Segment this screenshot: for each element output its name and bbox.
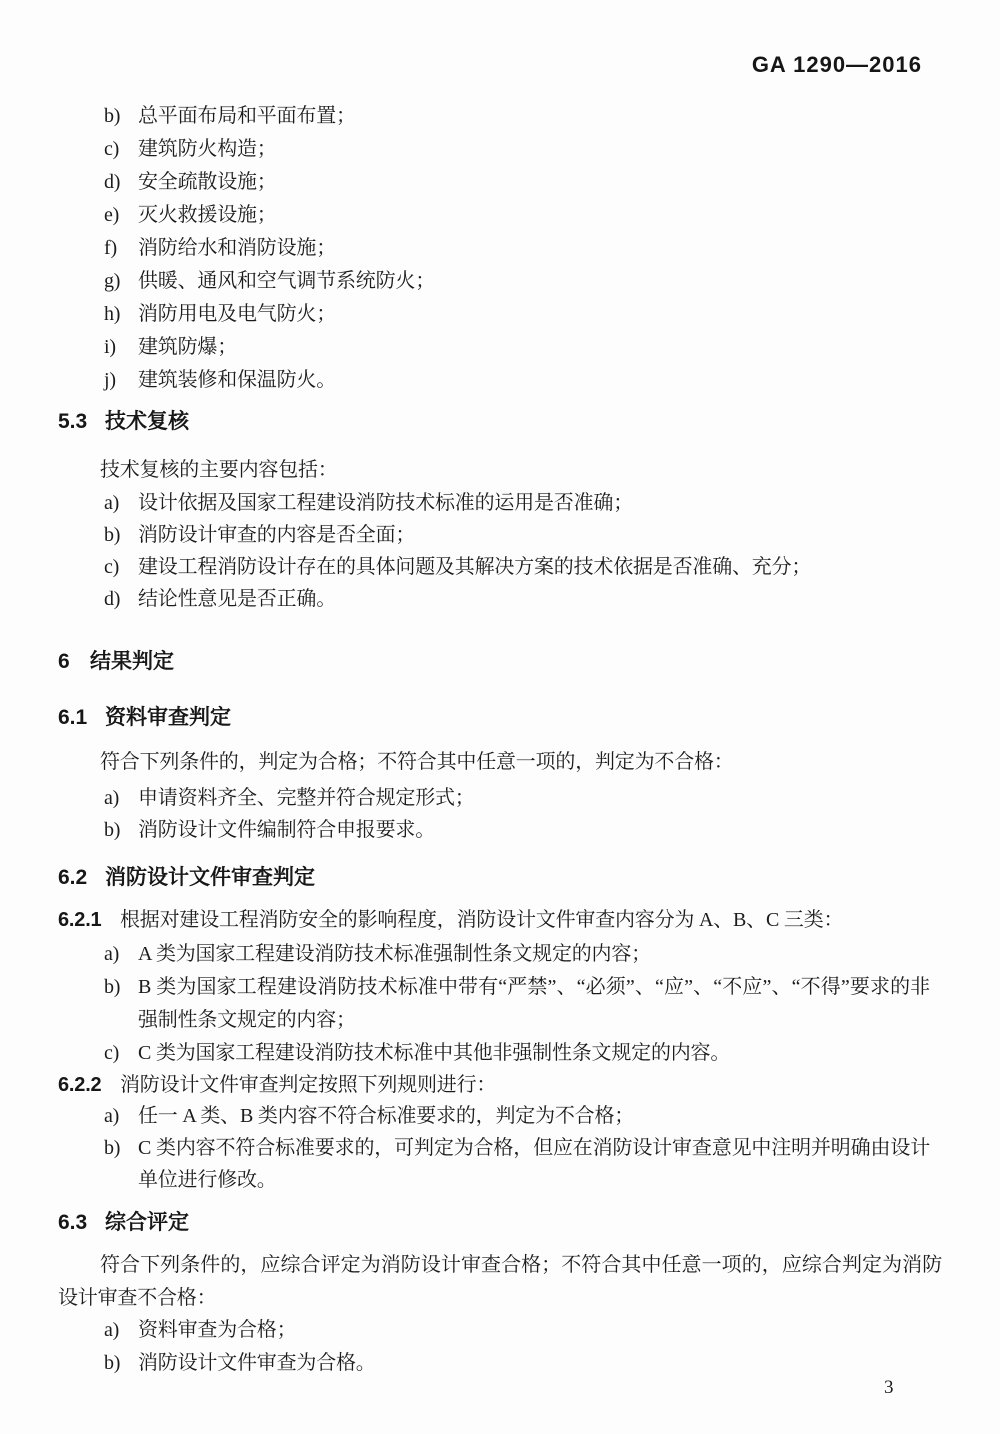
section-heading-6: 6结果判定 bbox=[58, 648, 930, 676]
section-number: 6.3 bbox=[58, 1209, 91, 1237]
list-item-marker: i) bbox=[104, 331, 116, 364]
list-item: i)建筑防爆； bbox=[58, 331, 930, 364]
section-number: 6.2 bbox=[58, 864, 91, 892]
list-item-marker: b) bbox=[104, 100, 120, 133]
list-item-text: A 类为国家工程建设消防技术标准强制性条文规定的内容； bbox=[138, 943, 651, 965]
list-item-marker: a) bbox=[104, 487, 119, 519]
list-item-marker: f) bbox=[104, 232, 117, 265]
list-item: a)A 类为国家工程建设消防技术标准强制性条文规定的内容； bbox=[58, 938, 930, 971]
list-item-text: 资料审查为合格； bbox=[138, 1319, 296, 1341]
list-item-marker: b) bbox=[104, 814, 120, 846]
list-item-text: 建设工程消防设计存在的具体问题及其解决方案的技术依据是否准确、充分； bbox=[138, 556, 811, 578]
list-item-text: B 类为国家工程建设消防技术标准中带有“严禁”、“必须”、“应”、“不应”、“不… bbox=[138, 976, 930, 1031]
list-item-marker: d) bbox=[104, 166, 120, 199]
list-item-marker: e) bbox=[104, 199, 119, 232]
clause-text: 消防设计文件审查判定按照下列规则进行： bbox=[120, 1074, 496, 1096]
clause-6-2-2-rule-list: a)任一 A 类、B 类内容不符合标准要求的，判定为不合格； b)C 类内容不符… bbox=[58, 1100, 930, 1196]
section-title: 技术复核 bbox=[105, 410, 189, 433]
list-item: b)消防设计文件编制符合申报要求。 bbox=[58, 814, 930, 846]
section-title: 综合评定 bbox=[105, 1211, 189, 1234]
list-item: h)消防用电及电气防火； bbox=[58, 298, 930, 331]
list-item: a)任一 A 类、B 类内容不符合标准要求的，判定为不合格； bbox=[58, 1100, 930, 1132]
list-item-text: 建筑防火构造； bbox=[138, 138, 277, 160]
list-item: a)资料审查为合格； bbox=[58, 1314, 930, 1347]
list-item-text: 设计依据及国家工程建设消防技术标准的运用是否准确； bbox=[138, 492, 633, 514]
clause-number: 6.2.1 bbox=[58, 904, 101, 937]
section-number: 6 bbox=[58, 648, 76, 676]
clause-6-3-condition-list: a)资料审查为合格； b)消防设计文件审查为合格。 bbox=[58, 1314, 930, 1380]
list-item-text: 消防设计文件编制符合申报要求。 bbox=[138, 819, 435, 841]
list-item-text: 任一 A 类、B 类内容不符合标准要求的，判定为不合格； bbox=[138, 1105, 634, 1127]
list-item-text: 消防用电及电气防火； bbox=[138, 303, 336, 325]
list-item-marker: c) bbox=[104, 1037, 119, 1070]
clause-6-2-1: 6.2.1根据对建设工程消防安全的影响程度，消防设计文件审查内容分为 A、B、C… bbox=[58, 904, 992, 937]
section-heading-6-3: 6.3综合评定 bbox=[58, 1209, 930, 1237]
list-item-text: 建筑防爆； bbox=[138, 336, 237, 358]
list-item: c)建设工程消防设计存在的具体问题及其解决方案的技术依据是否准确、充分； bbox=[58, 551, 930, 583]
list-item-text: 总平面布局和平面布置； bbox=[138, 105, 356, 127]
list-item-text: 灭火救援设施； bbox=[138, 204, 277, 226]
list-item-marker: c) bbox=[104, 551, 119, 583]
list-item-marker: a) bbox=[104, 1100, 119, 1132]
list-item-text: 建筑装修和保温防火。 bbox=[138, 369, 336, 391]
list-item: e)灭火救援设施； bbox=[58, 199, 930, 232]
list-item-marker: a) bbox=[104, 1314, 119, 1347]
list-item-text: 申请资料齐全、完整并符合规定形式； bbox=[138, 787, 475, 809]
paragraph-6-3-intro: 符合下列条件的，应综合评定为消防设计审查合格；不符合其中任意一项的，应综合判定为… bbox=[58, 1249, 942, 1315]
list-item: b)消防设计文件审查为合格。 bbox=[58, 1347, 930, 1380]
list-item: b)C 类内容不符合标准要求的，可判定为合格，但应在消防设计审查意见中注明并明确… bbox=[58, 1132, 930, 1196]
list-item: a)设计依据及国家工程建设消防技术标准的运用是否准确； bbox=[58, 487, 930, 519]
clause-5-3-content-list: a)设计依据及国家工程建设消防技术标准的运用是否准确； b)消防设计审查的内容是… bbox=[58, 487, 930, 615]
clause-6-2-2: 6.2.2消防设计文件审查判定按照下列规则进行： bbox=[58, 1069, 992, 1102]
list-item-marker: j) bbox=[104, 364, 116, 397]
clause-text: 根据对建设工程消防安全的影响程度，消防设计文件审查内容分为 A、B、C 三类： bbox=[120, 909, 843, 931]
list-item-text: 消防设计审查的内容是否全面； bbox=[138, 524, 415, 546]
section-heading-6-1: 6.1资料审查判定 bbox=[58, 704, 930, 732]
document-page: GA 1290—2016 b)总平面布局和平面布置； c)建筑防火构造； d)安… bbox=[0, 0, 1000, 1434]
list-item-marker: b) bbox=[104, 1347, 120, 1380]
page-number: 3 bbox=[884, 1376, 894, 1400]
clause-6-2-1-category-list: a)A 类为国家工程建设消防技术标准强制性条文规定的内容； b)B 类为国家工程… bbox=[58, 938, 930, 1070]
list-item-text: 安全疏散设施； bbox=[138, 171, 277, 193]
list-item-text: 消防设计文件审查为合格。 bbox=[138, 1352, 376, 1374]
list-item-marker: a) bbox=[104, 938, 119, 971]
list-item-text: 消防给水和消防设施； bbox=[138, 237, 336, 259]
list-item: d)安全疏散设施； bbox=[58, 166, 930, 199]
list-item-marker: g) bbox=[104, 265, 120, 298]
paragraph-6-1-intro: 符合下列条件的，判定为合格；不符合其中任意一项的，判定为不合格： bbox=[58, 746, 930, 778]
list-item-text: C 类为国家工程建设消防技术标准中其他非强制性条文规定的内容。 bbox=[138, 1042, 730, 1064]
section-heading-5-3: 5.3技术复核 bbox=[58, 408, 930, 436]
list-item: f)消防给水和消防设施； bbox=[58, 232, 930, 265]
clause-5-2-content-list: b)总平面布局和平面布置； c)建筑防火构造； d)安全疏散设施； e)灭火救援… bbox=[58, 100, 930, 397]
paragraph-5-3-intro: 技术复核的主要内容包括： bbox=[58, 454, 930, 486]
section-heading-6-2: 6.2消防设计文件审查判定 bbox=[58, 864, 930, 892]
section-number: 5.3 bbox=[58, 408, 91, 436]
list-item-marker: b) bbox=[104, 971, 120, 1004]
list-item-text: 结论性意见是否正确。 bbox=[138, 588, 336, 610]
section-title: 结果判定 bbox=[90, 650, 174, 673]
clause-6-1-condition-list: a)申请资料齐全、完整并符合规定形式； b)消防设计文件编制符合申报要求。 bbox=[58, 782, 930, 846]
list-item: g)供暖、通风和空气调节系统防火； bbox=[58, 265, 930, 298]
section-title: 资料审查判定 bbox=[105, 706, 231, 729]
list-item-marker: a) bbox=[104, 782, 119, 814]
list-item-text: 供暖、通风和空气调节系统防火； bbox=[138, 270, 435, 292]
doc-code-header: GA 1290—2016 bbox=[752, 52, 922, 78]
list-item: a)申请资料齐全、完整并符合规定形式； bbox=[58, 782, 930, 814]
list-item: d)结论性意见是否正确。 bbox=[58, 583, 930, 615]
list-item-marker: b) bbox=[104, 1132, 120, 1164]
list-item: j)建筑装修和保温防火。 bbox=[58, 364, 930, 397]
section-title: 消防设计文件审查判定 bbox=[105, 866, 315, 889]
list-item-text: C 类内容不符合标准要求的，可判定为合格，但应在消防设计审查意见中注明并明确由设… bbox=[138, 1137, 930, 1191]
clause-number: 6.2.2 bbox=[58, 1069, 101, 1102]
list-item: b)消防设计审查的内容是否全面； bbox=[58, 519, 930, 551]
section-number: 6.1 bbox=[58, 704, 91, 732]
list-item: b)B 类为国家工程建设消防技术标准中带有“严禁”、“必须”、“应”、“不应”、… bbox=[58, 971, 930, 1037]
list-item: c)建筑防火构造； bbox=[58, 133, 930, 166]
list-item-marker: c) bbox=[104, 133, 119, 166]
list-item-marker: b) bbox=[104, 519, 120, 551]
list-item-marker: h) bbox=[104, 298, 120, 331]
list-item: b)总平面布局和平面布置； bbox=[58, 100, 930, 133]
list-item: c)C 类为国家工程建设消防技术标准中其他非强制性条文规定的内容。 bbox=[58, 1037, 930, 1070]
list-item-marker: d) bbox=[104, 583, 120, 615]
